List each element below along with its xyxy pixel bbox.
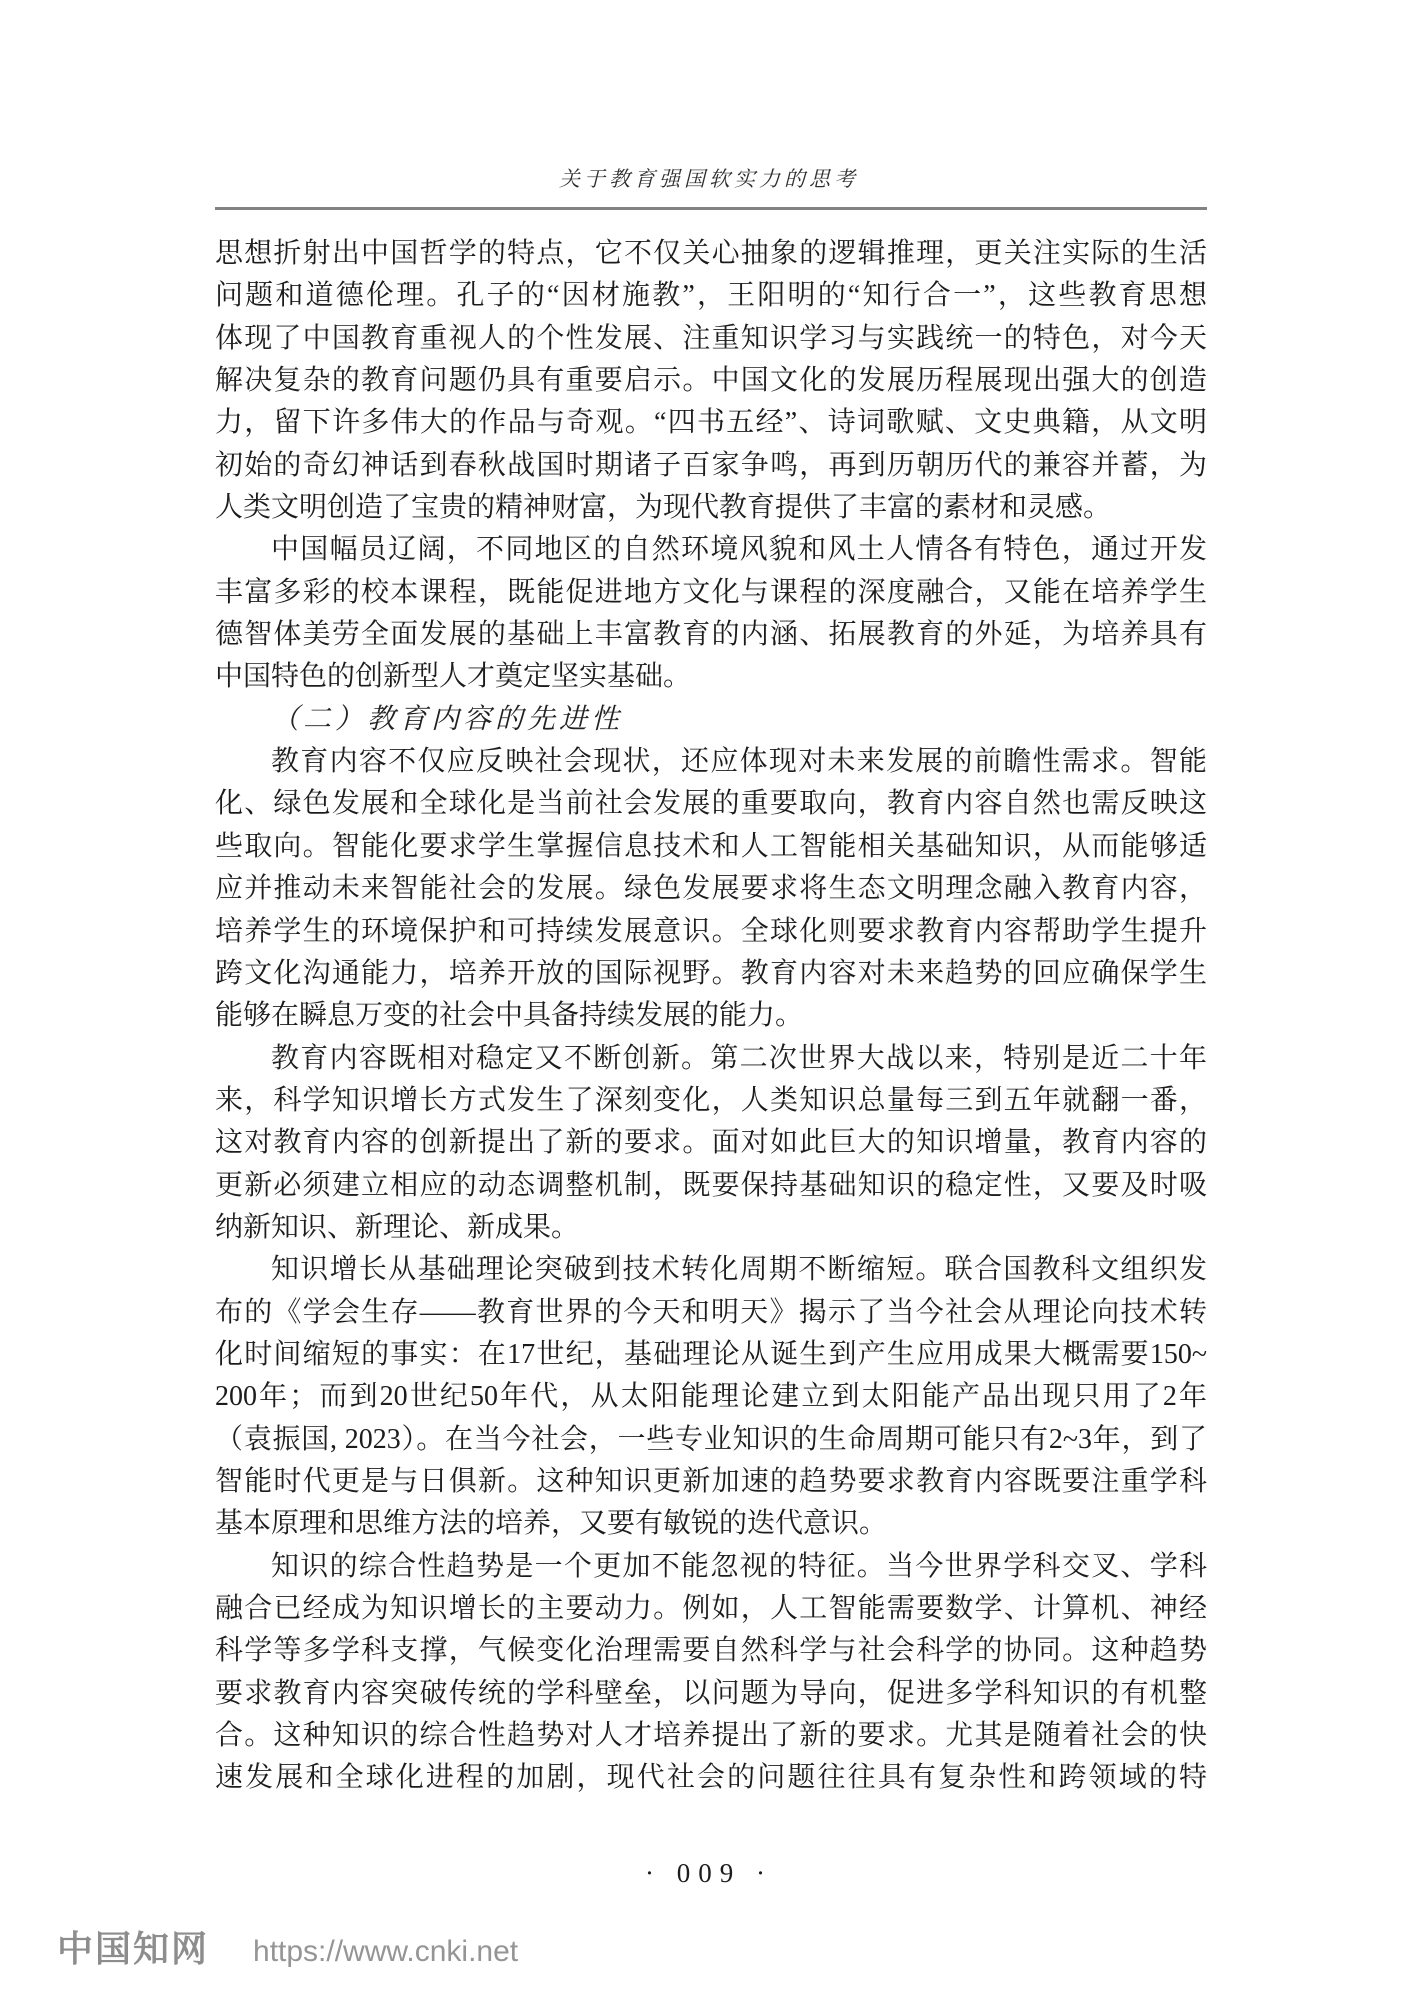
text-line: 速发展和全球化进程的加剧，现代社会的问题往往具有复杂性和跨领域的特: [215, 1757, 1207, 1799]
text-line: 中国幅员辽阔，不同地区的自然环境风貌和风土人情各有特色，通过开发: [215, 529, 1207, 571]
cnki-url[interactable]: https://www.cnki.net: [253, 1935, 518, 1969]
text-line: 教育内容既相对稳定又不断创新。第二次世界大战以来，特别是近二十年: [215, 1038, 1207, 1080]
cnki-logo-text: 中国知网: [57, 1921, 209, 1972]
text-line: 纳新知识、新理论、新成果。: [215, 1207, 1207, 1249]
text-line: 力，留下许多伟大的作品与奇观。“四书五经”、诗词歌赋、文史典籍，从文明: [215, 402, 1207, 444]
section-heading: （二）教育内容的先进性: [215, 699, 1207, 741]
header-rule: [215, 207, 1207, 210]
text-line: 培养学生的环境保护和可持续发展意识。全球化则要求教育内容帮助学生提升: [215, 911, 1207, 953]
document-page: 关于教育强国软实力的思考 思想折射出中国哲学的特点，它不仅关心抽象的逻辑推理，更…: [0, 0, 1418, 2008]
running-head: 关于教育强国软实力的思考: [0, 163, 1418, 193]
text-line: 更新必须建立相应的动态调整机制，既要保持基础知识的稳定性，又要及时吸: [215, 1165, 1207, 1207]
text-line: 初始的奇幻神话到春秋战国时期诸子百家争鸣，再到历朝历代的兼容并蓄，为: [215, 445, 1207, 487]
text-line: 合。这种知识的综合性趋势对人才培养提出了新的要求。尤其是随着社会的快: [215, 1715, 1207, 1757]
text-line: 中国特色的创新型人才奠定坚实基础。: [215, 656, 1207, 698]
text-line: 来，科学知识增长方式发生了深刻变化，人类知识总量每三到五年就翻一番，: [215, 1080, 1207, 1122]
cnki-watermark: 中国知网 https://www.cnki.net: [57, 1921, 518, 1972]
text-line: 德智体美劳全面发展的基础上丰富教育的内涵、拓展教育的外延，为培养具有: [215, 614, 1207, 656]
text-line: （袁振国, 2023）。在当今社会，一些专业知识的生命周期可能只有2~3年，到了: [215, 1419, 1207, 1461]
text-line: 教育内容不仅应反映社会现状，还应体现对未来发展的前瞻性需求。智能: [215, 741, 1207, 783]
text-line: 些取向。智能化要求学生掌握信息技术和人工智能相关基础知识，从而能够适: [215, 826, 1207, 868]
text-line: 化、绿色发展和全球化是当前社会发展的重要取向，教育内容自然也需反映这: [215, 783, 1207, 825]
text-line: 应并推动未来智能社会的发展。绿色发展要求将生态文明理念融入教育内容，: [215, 868, 1207, 910]
text-line: 解决复杂的教育问题仍具有重要启示。中国文化的发展历程展现出强大的创造: [215, 360, 1207, 402]
text-line: 丰富多彩的校本课程，既能促进地方文化与课程的深度融合，又能在培养学生: [215, 572, 1207, 614]
text-line: 知识的综合性趋势是一个更加不能忽视的特征。当今世界学科交叉、学科: [215, 1546, 1207, 1588]
text-line: 知识增长从基础理论突破到技术转化周期不断缩短。联合国教科文组织发: [215, 1249, 1207, 1291]
page-number: · 009 ·: [0, 1858, 1418, 1889]
text-line: 问题和道德伦理。孔子的“因材施教”，王阳明的“知行合一”，这些教育思想: [215, 275, 1207, 317]
text-line: 体现了中国教育重视人的个性发展、注重知识学习与实践统一的特色，对今天: [215, 318, 1207, 360]
text-line: 这对教育内容的创新提出了新的要求。面对如此巨大的知识增量，教育内容的: [215, 1122, 1207, 1164]
text-line: 融合已经成为知识增长的主要动力。例如，人工智能需要数学、计算机、神经: [215, 1588, 1207, 1630]
text-line: 布的《学会生存——教育世界的今天和明天》揭示了当今社会从理论向技术转: [215, 1292, 1207, 1334]
text-line: 科学等多学科支撑，气候变化治理需要自然科学与社会科学的协同。这种趋势: [215, 1630, 1207, 1672]
text-line: 基本原理和思维方法的培养，又要有敏锐的迭代意识。: [215, 1503, 1207, 1545]
text-line: 200年；而到20世纪50年代，从太阳能理论建立到太阳能产品出现只用了2年: [215, 1376, 1207, 1418]
text-line: 人类文明创造了宝贵的精神财富，为现代教育提供了丰富的素材和灵感。: [215, 487, 1207, 529]
text-line: 智能时代更是与日俱新。这种知识更新加速的趋势要求教育内容既要注重学科: [215, 1461, 1207, 1503]
text-line: 思想折射出中国哲学的特点，它不仅关心抽象的逻辑推理，更关注实际的生活: [215, 233, 1207, 275]
text-line: 要求教育内容突破传统的学科壁垒，以问题为导向，促进多学科知识的有机整: [215, 1673, 1207, 1715]
text-line: 能够在瞬息万变的社会中具备持续发展的能力。: [215, 995, 1207, 1037]
text-line: 化时间缩短的事实：在17世纪，基础理论从诞生到产生应用成果大概需要150~: [215, 1334, 1207, 1376]
text-line: 跨文化沟通能力，培养开放的国际视野。教育内容对未来趋势的回应确保学生: [215, 953, 1207, 995]
article-body: 思想折射出中国哲学的特点，它不仅关心抽象的逻辑推理，更关注实际的生活问题和道德伦…: [215, 233, 1207, 1800]
